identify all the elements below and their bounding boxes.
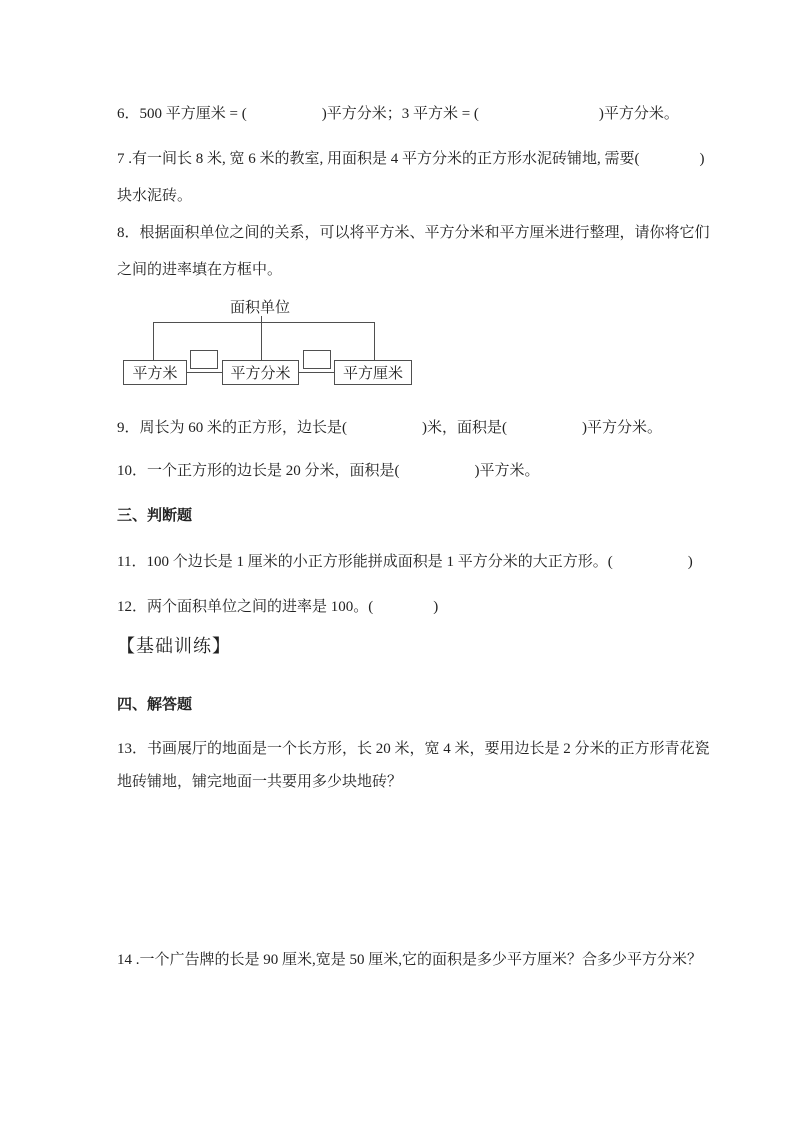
diagram-root-label: 面积单位 bbox=[230, 298, 290, 318]
question-14-text: 14 .一个广告牌的长是 90 厘米,宽是 50 厘米,它的面积是多少平方厘米？… bbox=[117, 950, 702, 970]
diagram-drop-line-right bbox=[374, 322, 375, 360]
basic-training-heading: 【基础训练】 bbox=[117, 636, 231, 656]
question-8-text-line1: 8．根据面积单位之间的关系，可以将平方米、平方分米和平方厘米进行整理，请你将它们 bbox=[117, 223, 710, 243]
diagram-connector-line-1 bbox=[187, 372, 222, 373]
diagram-drop-line-center bbox=[261, 322, 262, 360]
question-13-text-line2: 地砖铺地，铺完地面一共要用多少块地砖？ bbox=[117, 772, 402, 792]
question-10-text: 10．一个正方形的边长是 20 分米，面积是( )平方米。 bbox=[117, 461, 540, 481]
question-6-text: 6．500 平方厘米 = ( )平方分米；3 平方米 = ( )平方分米。 bbox=[117, 104, 679, 124]
diagram-bracket-line bbox=[153, 322, 375, 323]
question-12-text: 12．两个面积单位之间的进率是 100。( ) bbox=[117, 597, 438, 617]
diagram-rate-fill-box-1 bbox=[190, 350, 218, 369]
section-3-heading: 三、判断题 bbox=[117, 506, 192, 526]
diagram-unit-box-square-decimeter: 平方分米 bbox=[222, 360, 299, 385]
diagram-rate-fill-box-2 bbox=[303, 350, 331, 369]
worksheet-page: 6．500 平方厘米 = ( )平方分米；3 平方米 = ( )平方分米。 7 … bbox=[0, 0, 793, 1122]
question-13-text-line1: 13．书画展厅的地面是一个长方形，长 20 米，宽 4 米，要用边长是 2 分米… bbox=[117, 739, 710, 759]
question-9-text: 9．周长为 60 米的正方形，边长是( )米，面积是( )平方分米。 bbox=[117, 418, 662, 438]
question-7-text-line2: 块水泥砖。 bbox=[117, 186, 192, 206]
diagram-drop-line-left bbox=[153, 322, 154, 360]
section-4-heading: 四、解答题 bbox=[117, 695, 192, 715]
diagram-unit-box-square-centimeter: 平方厘米 bbox=[334, 360, 412, 385]
question-8-text-line2: 之间的进率填在方框中。 bbox=[117, 260, 282, 280]
diagram-connector-line-2 bbox=[299, 372, 334, 373]
diagram-unit-box-square-meter: 平方米 bbox=[123, 360, 187, 385]
question-7-text-line1: 7 .有一间长 8 米, 宽 6 米的教室, 用面积是 4 平方分米的正方形水泥… bbox=[117, 149, 705, 169]
question-11-text: 11．100 个边长是 1 厘米的小正方形能拼成面积是 1 平方分米的大正方形。… bbox=[117, 552, 693, 572]
